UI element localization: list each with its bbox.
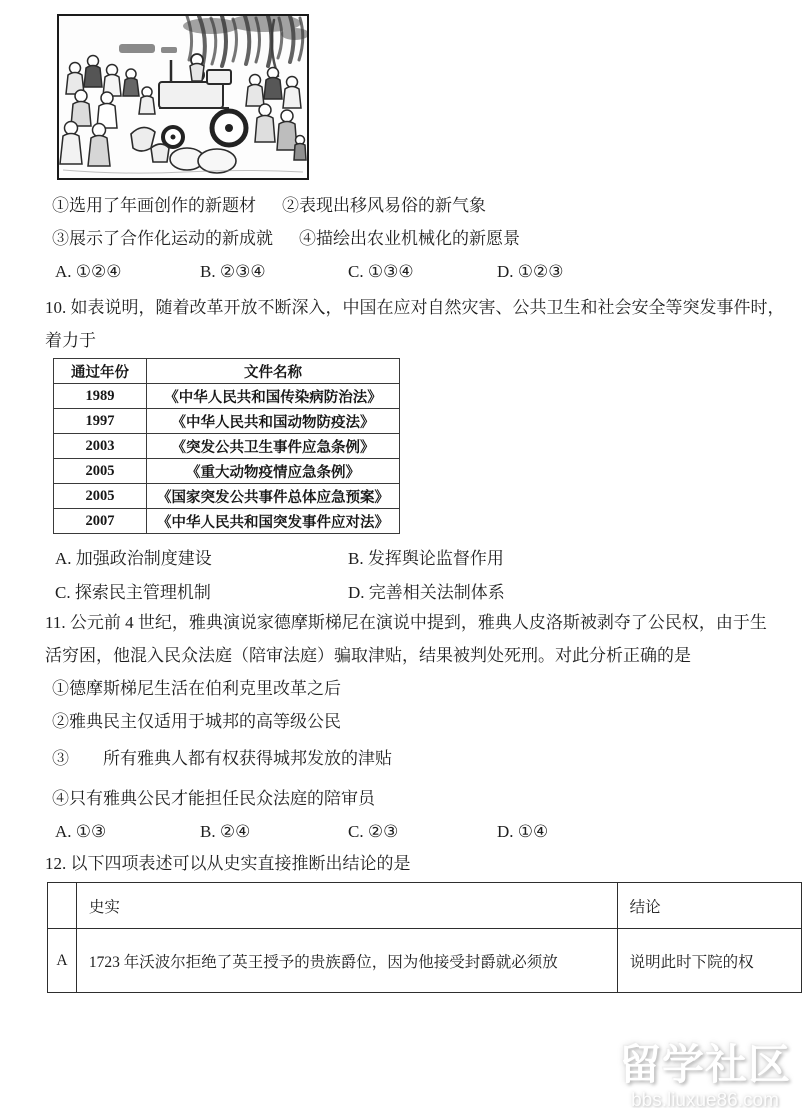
cell-doc: 《国家突发公共事件总体应急预案》 [147, 484, 400, 509]
table-row: 1989 《中华人民共和国传染病防治法》 [54, 384, 400, 409]
q11-choice-a: A. ①③ [55, 822, 106, 842]
q9-statement-line-1: ①选用了年画创作的新题材②表现出移风易俗的新气象 [52, 196, 486, 216]
header-empty [48, 883, 77, 929]
q9-choice-c: C. ①③④ [348, 262, 414, 282]
q9-statement-2: ②表现出移风易俗的新气象 [282, 196, 486, 215]
q11-choice-b: B. ②④ [200, 822, 250, 842]
watermark: 留学社区 bbs.liuxue86.com [608, 1032, 802, 1108]
cell-year: 2005 [54, 459, 147, 484]
cell-fact: 1723 年沃波尔拒绝了英王授予的贵族爵位，因为他接受封爵就必须放 [76, 929, 617, 993]
table-row: 2005 《重大动物疫情应急条例》 [54, 459, 400, 484]
q9-statement-1: ①选用了年画创作的新题材 [52, 196, 256, 215]
q11-stem-line-1: 11. 公元前 4 世纪，雅典演说家德摩斯梯尼在演说中提到，雅典人皮洛斯被剥夺了… [45, 613, 767, 633]
q11-choices-row: A. ①③ B. ②④ C. ②③ D. ①④ [0, 822, 802, 844]
q10-stem-line-2: 着力于 [45, 331, 96, 351]
cell-doc: 《中华人民共和国突发事件应对法》 [147, 509, 400, 534]
table-row: A 1723 年沃波尔拒绝了英王授予的贵族爵位，因为他接受封爵就必须放 说明此时… [48, 929, 802, 993]
exam-page: ①选用了年画创作的新题材②表现出移风易俗的新气象 ③展示了合作化运动的新成就④描… [0, 0, 802, 1108]
cell-year: 1997 [54, 409, 147, 434]
q10-choices-row-2: C. 探索民主管理机制 D. 完善相关法制体系 [0, 578, 802, 600]
q10-choice-b: B. 发挥舆论监督作用 [348, 544, 504, 569]
q9-choice-a: A. ①②④ [55, 262, 122, 282]
q11-choice-d: D. ①④ [497, 822, 548, 842]
q11-choice-c: C. ②③ [348, 822, 398, 842]
watermark-site-url: bbs.liuxue86.com [608, 1090, 802, 1108]
q9-choice-b: B. ②③④ [200, 262, 266, 282]
cell-doc: 《突发公共卫生事件应急条例》 [147, 434, 400, 459]
q9-statement-3: ③展示了合作化运动的新成就 [52, 229, 273, 248]
q9-choices-row: A. ①②④ B. ②③④ C. ①③④ D. ①②③ [0, 262, 802, 284]
q10-choice-d: D. 完善相关法制体系 [348, 578, 505, 603]
watermark-title: 留学社区 [608, 1032, 802, 1092]
table-row: 2005 《国家突发公共事件总体应急预案》 [54, 484, 400, 509]
header-year: 通过年份 [54, 359, 147, 384]
q10-choices-row-1: A. 加强政治制度建设 B. 发挥舆论监督作用 [0, 544, 802, 566]
cell-doc: 《中华人民共和国动物防疫法》 [147, 409, 400, 434]
cell-conclusion: 说明此时下院的权 [617, 929, 801, 993]
q9-statement-line-2: ③展示了合作化运动的新成就④描绘出农业机械化的新愿景 [52, 229, 520, 249]
cell-year: 1989 [54, 384, 147, 409]
cell-year: 2003 [54, 434, 147, 459]
q11-statement-3: ③ 所有雅典人都有权获得城邦发放的津贴 [52, 749, 392, 769]
q12-fact-conclusion-table: 史实 结论 A 1723 年沃波尔拒绝了英王授予的贵族爵位，因为他接受封爵就必须… [47, 882, 802, 993]
q10-choice-c: C. 探索民主管理机制 [55, 578, 211, 603]
q10-choice-a: A. 加强政治制度建设 [55, 544, 212, 569]
q10-stem-line-1: 10. 如表说明，随着改革开放不断深入，中国在应对自然灾害、公共卫生和社会安全等… [45, 298, 785, 318]
q11-statement-2: ②雅典民主仅适用于城邦的高等级公民 [52, 712, 341, 732]
cell-year: 2007 [54, 509, 147, 534]
table-header-row: 通过年份 文件名称 [54, 359, 400, 384]
cell-row-label: A [48, 929, 77, 993]
q11-statement-4: ④只有雅典公民才能担任民众法庭的陪审员 [52, 789, 375, 809]
header-conclusion: 结论 [617, 883, 801, 929]
table-row: 2003 《突发公共卫生事件应急条例》 [54, 434, 400, 459]
table-row: 1997 《中华人民共和国动物防疫法》 [54, 409, 400, 434]
cell-doc: 《中华人民共和国传染病防治法》 [147, 384, 400, 409]
q12-stem: 12. 以下四项表述可以从史实直接推断出结论的是 [45, 854, 411, 874]
q11-stem-line-2: 活穷困，他混入民众法庭（陪审法庭）骗取津贴，结果被判处死刑。对此分析正确的是 [45, 646, 691, 666]
q11-statement-1: ①德摩斯梯尼生活在伯利克里改革之后 [52, 679, 341, 699]
cell-year: 2005 [54, 484, 147, 509]
table-row: 2007 《中华人民共和国突发事件应对法》 [54, 509, 400, 534]
new-year-painting-illustration [59, 16, 307, 178]
header-doc-name: 文件名称 [147, 359, 400, 384]
header-fact: 史实 [76, 883, 617, 929]
illustration-frame [57, 14, 309, 180]
table-header-row: 史实 结论 [48, 883, 802, 929]
q9-statement-4: ④描绘出农业机械化的新愿景 [299, 229, 520, 248]
q10-documents-table: 通过年份 文件名称 1989 《中华人民共和国传染病防治法》 1997 《中华人… [53, 358, 400, 534]
cell-doc: 《重大动物疫情应急条例》 [147, 459, 400, 484]
q9-choice-d: D. ①②③ [497, 262, 564, 282]
